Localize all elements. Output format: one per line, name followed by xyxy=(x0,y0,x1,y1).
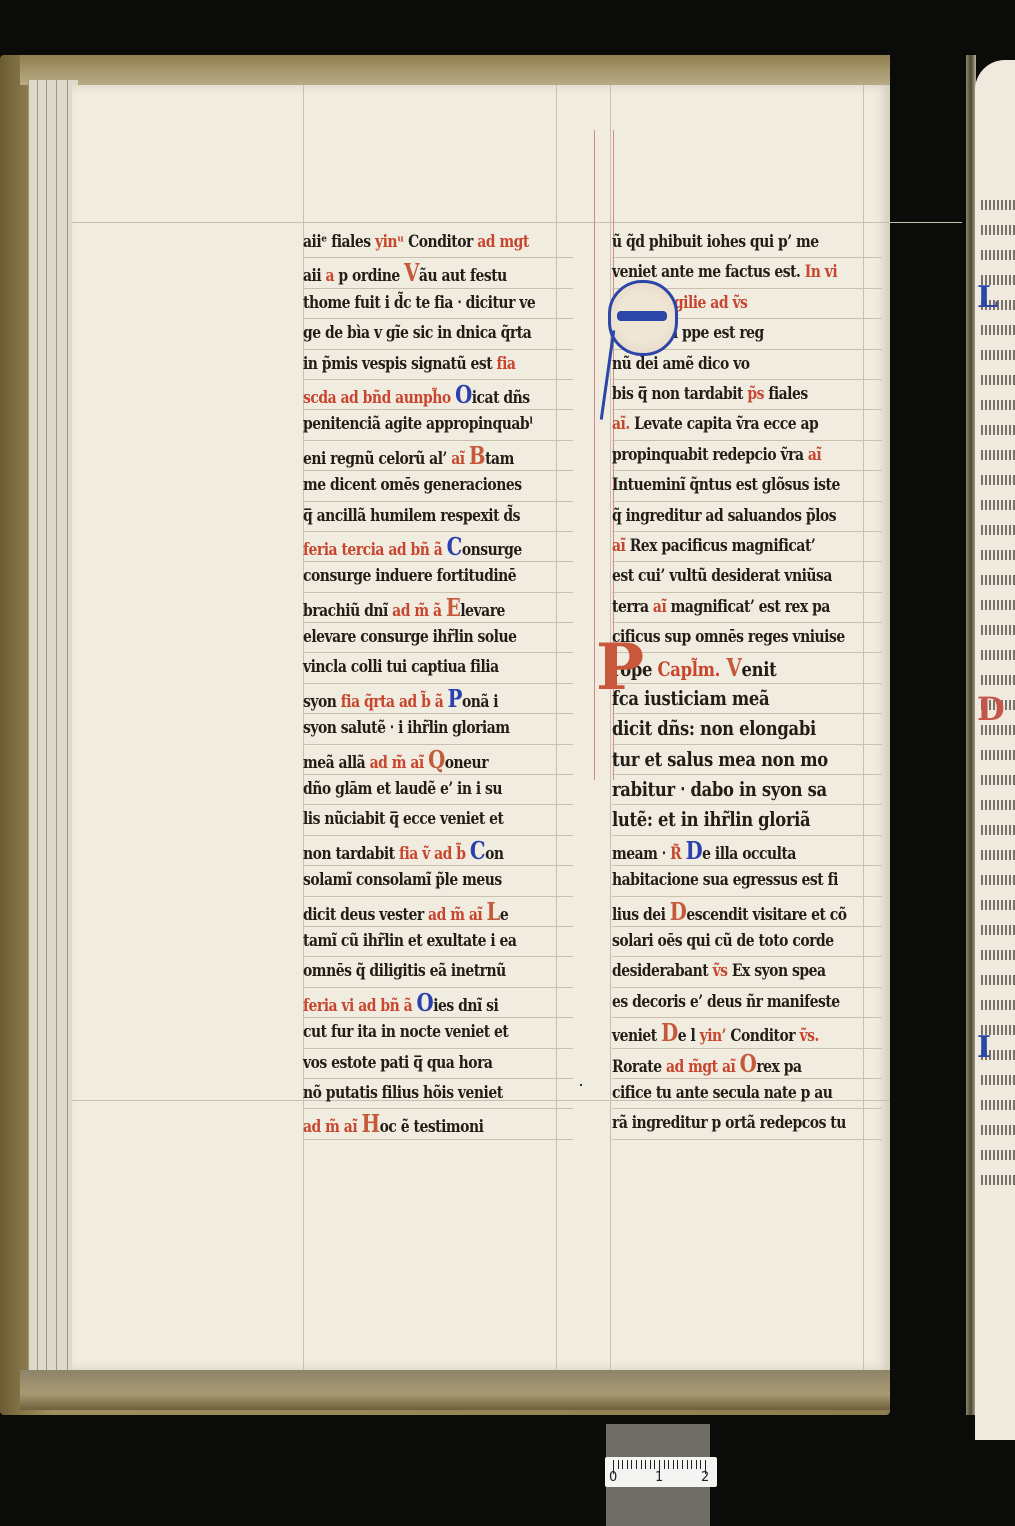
red-initial: L xyxy=(487,897,500,926)
text-segment: meã allã xyxy=(303,753,370,773)
ruler-tick xyxy=(687,1460,688,1469)
text-line: meã allã ad m̃ aĩ Qoneur xyxy=(303,745,573,775)
text-segment: rã ingreditur p ortã redepcos tu xyxy=(612,1113,846,1133)
text-segment: me dicent omēs generaciones xyxy=(303,475,522,495)
text-segment: e illa occulta xyxy=(702,844,796,864)
text-segment: Levate capita ṽra ecce ap xyxy=(634,414,818,434)
text-segment: e l xyxy=(678,1026,700,1046)
rubric: yinᵘ xyxy=(375,232,408,252)
rubric: a xyxy=(326,266,335,286)
text-line: bis q̅ non tardabit p̃s fiales xyxy=(612,380,882,410)
text-segment: e xyxy=(500,905,508,925)
text-segment: escendit visitare et cõ xyxy=(686,905,846,925)
ruler-tick xyxy=(682,1460,683,1469)
text-segment: fiales xyxy=(764,384,808,404)
text-segment: penitenciã agite appropinquabˡ xyxy=(303,414,533,434)
text-segment: Rex pacificus magnificat’ xyxy=(630,536,816,556)
text-segment: propinquabit redepcio ṽra xyxy=(612,445,808,465)
text-segment: onsurge xyxy=(462,540,522,560)
cover-top-edge xyxy=(20,55,890,85)
text-line: aĩ Rex pacificus magnificat’ xyxy=(612,532,882,562)
text-line: syon fia q̃rta ad b̃ ã Ponã i xyxy=(303,684,573,714)
text-segment: meam ‧ xyxy=(612,844,670,864)
text-line: ad m̃ aĩ Hoc ẽ testimoni xyxy=(303,1109,573,1139)
text-line: Rorate ad m̃gt aĩ Orex pa xyxy=(612,1049,882,1079)
facing-text-line xyxy=(981,525,1015,535)
text-line: vos estote pati q̅ qua hora xyxy=(303,1049,573,1079)
text-line: nõ putatis filius hõis veniet xyxy=(303,1079,573,1109)
text-line: cut fur ita in nocte veniet et xyxy=(303,1018,573,1048)
facing-text-line xyxy=(981,575,1015,585)
rubric: aĩ xyxy=(451,449,469,469)
text-line: scda ad bñd aunph̃o Oicat dñs xyxy=(303,380,573,410)
facing-text-line xyxy=(981,550,1015,560)
facing-text-line xyxy=(981,250,1015,260)
text-line: me dicent omēs generaciones xyxy=(303,471,573,501)
text-segment: syon salutẽ ‧ i ihr̃lin gloriam xyxy=(303,718,509,738)
decorated-initial-s xyxy=(608,280,678,356)
rubric: ṽs xyxy=(713,961,732,981)
ruler-tick xyxy=(664,1460,665,1469)
rubric: ad m̃ aĩ xyxy=(303,1117,361,1137)
facing-text-line xyxy=(981,500,1015,510)
text-line: Intueminĩ q̃ntus est glõsus iste xyxy=(612,471,882,501)
text-segment: veniet xyxy=(612,1026,661,1046)
facing-text-line xyxy=(981,900,1015,910)
facing-text-line xyxy=(981,200,1015,210)
text-line: lutẽ: et in ihr̃lin gloriã xyxy=(612,805,882,835)
text-line: es decoris e’ deus ñr manifeste xyxy=(612,988,882,1018)
text-segment: bis q̅ non tardabit xyxy=(612,384,747,404)
ruler-tick xyxy=(696,1460,697,1469)
text-segment: desiderabant xyxy=(612,961,713,981)
facing-page: LDI xyxy=(975,60,1015,1440)
red-initial: O xyxy=(740,1049,757,1078)
red-initial: E xyxy=(446,593,461,622)
ruler-tick xyxy=(691,1460,692,1469)
text-segment: Intueminĩ q̃ntus est glõsus iste xyxy=(612,475,840,495)
text-segment: thome fuit i d̃c te fia ‧ dicitur ve xyxy=(303,293,535,313)
text-line: non tardabit fia ṽ ad b̃ Con xyxy=(303,836,573,866)
cover-bottom-edge xyxy=(20,1370,890,1410)
blue-initial: D xyxy=(686,836,703,865)
text-line: aĩ. Levate capita ṽra ecce ap xyxy=(612,410,882,440)
right-text-column: ũ q̃d phibuit iohes qui p’ meveniet ant… xyxy=(612,228,882,1140)
text-segment: dicit dñs: non elongabi xyxy=(612,716,816,740)
rubric: fia xyxy=(497,354,516,374)
facing-text-line xyxy=(981,1075,1015,1085)
text-segment: q̅ ancillã humilem respexit d̃s xyxy=(303,506,520,526)
ruler-tick xyxy=(673,1460,674,1469)
facing-initial: I xyxy=(977,1030,991,1065)
text-line: feria tercia ad bñ ã Consurge xyxy=(303,532,573,562)
text-line: veniet De l yin’ Conditor ṽs. xyxy=(612,1018,882,1048)
text-segment: non tardabit xyxy=(303,844,399,864)
facing-text-line xyxy=(981,675,1015,685)
rubric: R̃ xyxy=(670,844,685,864)
text-segment: omnēs q̃ diligitis eã inetrnũ xyxy=(303,961,506,981)
text-line: desiderabant ṽs Ex syon spea xyxy=(612,957,882,987)
text-segment: dicit deus vester xyxy=(303,905,428,925)
facing-text-line xyxy=(981,775,1015,785)
text-segment: vincla colli tui captiua filia xyxy=(303,657,499,677)
red-initial: D xyxy=(661,1018,678,1047)
text-line: feria vi ad bñ ã Oies dnĩ si xyxy=(303,988,573,1018)
text-segment: icat dñs xyxy=(472,388,530,408)
text-line: lius dei Descendit visitare et cõ xyxy=(612,897,882,927)
facing-text-line xyxy=(981,600,1015,610)
text-segment: elevare consurge ihr̃lin solue xyxy=(303,627,516,647)
text-segment: syon xyxy=(303,692,341,712)
text-line: rã ingreditur p ortã redepcos tu xyxy=(612,1109,882,1139)
text-line: tamĩ cũ ihr̃lin et exultate i ea xyxy=(303,927,573,957)
blue-initial: P xyxy=(448,684,462,713)
text-segment: Ex syon spea xyxy=(732,961,826,981)
text-segment: tur et salus mea non mo xyxy=(612,747,828,771)
text-segment: es decoris e’ deus ñr manifeste xyxy=(612,992,840,1012)
facing-text-line xyxy=(981,625,1015,635)
text-segment: solari oēs qui cũ de toto corde xyxy=(612,931,834,951)
text-segment: on xyxy=(485,844,503,864)
text-segment: cificus sup omnēs reges vniuise xyxy=(612,627,845,647)
text-line: elevare consurge ihr̃lin solue xyxy=(303,623,573,653)
ruler-tick xyxy=(645,1460,646,1469)
red-initial: V xyxy=(404,258,419,287)
facing-initial: D xyxy=(977,690,1005,728)
facing-text-line xyxy=(981,350,1015,360)
text-segment: habitacione sua egressus est fi xyxy=(612,870,838,890)
text-segment: cut fur ita in nocte veniet et xyxy=(303,1022,508,1042)
text-segment: enit xyxy=(742,657,777,681)
text-segment: Rorate xyxy=(612,1057,666,1077)
rubric: ṽs. xyxy=(799,1026,818,1046)
rubric: feria tercia ad bñ ã xyxy=(303,540,447,560)
ruler-tick xyxy=(627,1460,628,1469)
text-line: aiiᵉ fiales yinᵘ Conditor ad mgt xyxy=(303,228,573,258)
ruler-tick xyxy=(700,1460,701,1469)
text-segment: terra xyxy=(612,597,653,617)
text-line: meam ‧ R̃ De illa occulta xyxy=(612,836,882,866)
text-line: q̃ ingreditur ad saluandos p̃los xyxy=(612,502,882,532)
text-segment: magnificat’ est rex pa xyxy=(666,597,830,617)
text-line: omnēs q̃ diligitis eã inetrnũ xyxy=(303,957,573,987)
text-segment: aiiᵉ fiales xyxy=(303,232,375,252)
rubric: p̃s xyxy=(747,384,764,404)
facing-text-line xyxy=(981,875,1015,885)
facing-text-line xyxy=(981,950,1015,960)
rubric: aĩ xyxy=(808,445,821,465)
ruler-tick xyxy=(659,1460,660,1474)
text-segment: dño glām et laudẽ e’ in i su xyxy=(303,779,502,799)
text-segment: lis nũciabit q̅ ecce veniet et xyxy=(303,809,503,829)
rubric: aĩ xyxy=(653,597,666,617)
facing-text-line xyxy=(981,850,1015,860)
rubric: ad m̃gt aĩ xyxy=(666,1057,740,1077)
facing-text-line xyxy=(981,1000,1015,1010)
text-segment: consurge induere fortitudinē xyxy=(303,566,516,586)
text-line: cificus sup omnēs reges vniuise xyxy=(612,623,882,653)
text-line: q̅ ancillã humilem respexit d̃s xyxy=(303,502,573,532)
rubric: In vi xyxy=(805,262,837,282)
text-segment: nõ putatis filius hõis veniet xyxy=(303,1083,503,1103)
facing-text-line xyxy=(981,1175,1015,1185)
text-segment: tam xyxy=(485,449,514,469)
rubric: feria vi ad bñ ã xyxy=(303,996,417,1016)
blue-initial: O xyxy=(417,988,434,1017)
red-initial: H xyxy=(361,1109,379,1138)
blue-initial: O xyxy=(455,380,472,409)
text-segment: brachiũ dnĩ xyxy=(303,601,392,621)
rubric: aĩ xyxy=(612,536,630,556)
page-stack-edges xyxy=(28,80,78,1370)
text-line: rabitur ‧ dabo in syon sa xyxy=(612,775,882,805)
scale-ruler: 0 1 2 xyxy=(605,1457,717,1487)
ruler-tick xyxy=(618,1460,619,1469)
blue-initial: C xyxy=(470,836,485,865)
text-line: ge de bìa v gĩe sic in dnica q̃rta xyxy=(303,319,573,349)
ruler-tick xyxy=(677,1460,678,1469)
red-initial: Q xyxy=(428,745,445,774)
text-line: solamĩ consolamĩ p̃le meus xyxy=(303,866,573,896)
facing-text-line xyxy=(981,650,1015,660)
text-line: rope Capl̃m. Venit xyxy=(612,653,882,683)
rubric: Capl̃m. xyxy=(658,657,720,681)
ruler-tick xyxy=(641,1460,642,1469)
rubric: ad m̃ ã xyxy=(392,601,446,621)
text-segment: nũ dei amẽ dico vo xyxy=(612,354,750,374)
text-line: propinquabit redepcio ṽra aĩ xyxy=(612,441,882,471)
left-text-column: aiiᵉ fiales yinᵘ Conditor ad mgtaii a p … xyxy=(303,228,573,1140)
text-line: penitenciã agite appropinquabˡ xyxy=(303,410,573,440)
ruler-tick xyxy=(613,1460,614,1474)
text-line: tur et salus mea non mo xyxy=(612,745,882,775)
facing-text-line xyxy=(981,800,1015,810)
text-line: vincla colli tui captiua filia xyxy=(303,653,573,683)
text-segment: rex pa xyxy=(756,1057,801,1077)
facing-text-line xyxy=(981,975,1015,985)
text-segment: in p̃mis vespis signatũ est xyxy=(303,354,497,374)
text-segment: rabitur ‧ dabo in syon sa xyxy=(612,777,827,801)
facing-initial: L xyxy=(977,280,998,315)
rubric: yin’ xyxy=(700,1026,731,1046)
text-segment: vos estote pati q̅ qua hora xyxy=(303,1053,492,1073)
ruler-tick xyxy=(650,1460,651,1469)
text-segment: eni regnũ celorũ al’ xyxy=(303,449,451,469)
facing-text-line xyxy=(981,450,1015,460)
rubric: ad m̃ aĩ xyxy=(428,905,486,925)
rubric: scda ad bñd aunph̃o xyxy=(303,388,455,408)
text-line: est cui’ vultũ desiderat vniũsa xyxy=(612,562,882,592)
ruler-tick xyxy=(668,1460,669,1469)
text-line: ũ q̃d phibuit iohes qui p’ me xyxy=(612,228,882,258)
facing-text-line xyxy=(981,1100,1015,1110)
text-segment: cifice tu ante secula nate p au xyxy=(612,1083,832,1103)
text-line: terra aĩ magnificat’ est rex pa xyxy=(612,593,882,623)
text-segment: Conditor xyxy=(408,232,477,252)
blue-initial: C xyxy=(447,532,462,561)
text-line: dicit deus vester ad m̃ aĩ Le xyxy=(303,897,573,927)
text-line: lis nũciabit q̅ ecce veniet et xyxy=(303,805,573,835)
text-segment: ge de bìa v gĩe sic in dnica q̃rta xyxy=(303,323,531,343)
rubric: ad m̃ aĩ xyxy=(370,753,428,773)
text-line: aii a p ordine Vãu aut festu xyxy=(303,258,573,288)
text-segment: lutẽ: et in ihr̃lin gloriã xyxy=(612,807,810,831)
text-segment: solamĩ consolamĩ p̃le meus xyxy=(303,870,502,890)
ruler-tick xyxy=(622,1460,623,1469)
text-line: thome fuit i d̃c te fia ‧ dicitur ve xyxy=(303,289,573,319)
rubric: fia q̃rta ad b̃ ã xyxy=(341,692,448,712)
punctus xyxy=(580,1084,582,1086)
text-line: dicit dñs: non elongabi xyxy=(612,714,882,744)
red-initial: V xyxy=(720,653,741,682)
text-segment: oc ẽ testimoni xyxy=(380,1117,484,1137)
facing-text-line xyxy=(981,1150,1015,1160)
text-line: brachiũ dnĩ ad m̃ ã Elevare xyxy=(303,593,573,623)
text-line: cifice tu ante secula nate p au xyxy=(612,1079,882,1109)
text-segment: lius dei xyxy=(612,905,670,925)
text-segment: ũ q̃d phibuit iohes qui p’ me xyxy=(612,232,819,252)
facing-text-line xyxy=(981,400,1015,410)
rubric: aĩ. xyxy=(612,414,634,434)
ruling-line xyxy=(72,222,962,223)
text-segment: Conditor xyxy=(730,1026,799,1046)
text-line: solari oēs qui cũ de toto corde xyxy=(612,927,882,957)
ruler-tick xyxy=(636,1460,637,1469)
text-line: consurge induere fortitudinē xyxy=(303,562,573,592)
facing-text-line xyxy=(981,825,1015,835)
red-initial: B xyxy=(469,441,485,470)
facing-text-line xyxy=(981,1125,1015,1135)
text-segment: ies dnĩ si xyxy=(433,996,498,1016)
ruler-tick xyxy=(705,1460,706,1474)
text-line: eni regnũ celorũ al’ aĩ Btam xyxy=(303,441,573,471)
ruler-tick xyxy=(631,1460,632,1469)
text-segment: onã i xyxy=(462,692,498,712)
rubric: fia ṽ ad b̃ xyxy=(399,844,470,864)
text-line: fca iusticiam meã xyxy=(612,684,882,714)
text-segment: q̃ ingreditur ad saluandos p̃los xyxy=(612,506,836,526)
facing-text-line xyxy=(981,325,1015,335)
text-segment: aii xyxy=(303,266,326,286)
facing-text-line xyxy=(981,375,1015,385)
text-line: in p̃mis vespis signatũ est fia xyxy=(303,350,573,380)
ruler-tick xyxy=(654,1460,655,1469)
red-initial: D xyxy=(670,897,687,926)
facing-text-line xyxy=(981,475,1015,485)
initial-p: P xyxy=(596,636,644,700)
facing-text-line xyxy=(981,225,1015,235)
text-segment: est cui’ vultũ desiderat vniũsa xyxy=(612,566,832,586)
facing-text-line xyxy=(981,925,1015,935)
text-segment: levare xyxy=(460,601,505,621)
facing-text-line xyxy=(981,425,1015,435)
text-segment: ãu aut festu xyxy=(419,266,507,286)
text-line: habitacione sua egressus est fi xyxy=(612,866,882,896)
text-line: dño glām et laudẽ e’ in i su xyxy=(303,775,573,805)
text-line: syon salutẽ ‧ i ihr̃lin gloriam xyxy=(303,714,573,744)
facing-text-line xyxy=(981,750,1015,760)
rubric: ad mgt xyxy=(477,232,529,252)
text-segment: oneur xyxy=(445,753,488,773)
text-segment: tamĩ cũ ihr̃lin et exultate i ea xyxy=(303,931,516,951)
text-segment: p ordine xyxy=(334,266,404,286)
